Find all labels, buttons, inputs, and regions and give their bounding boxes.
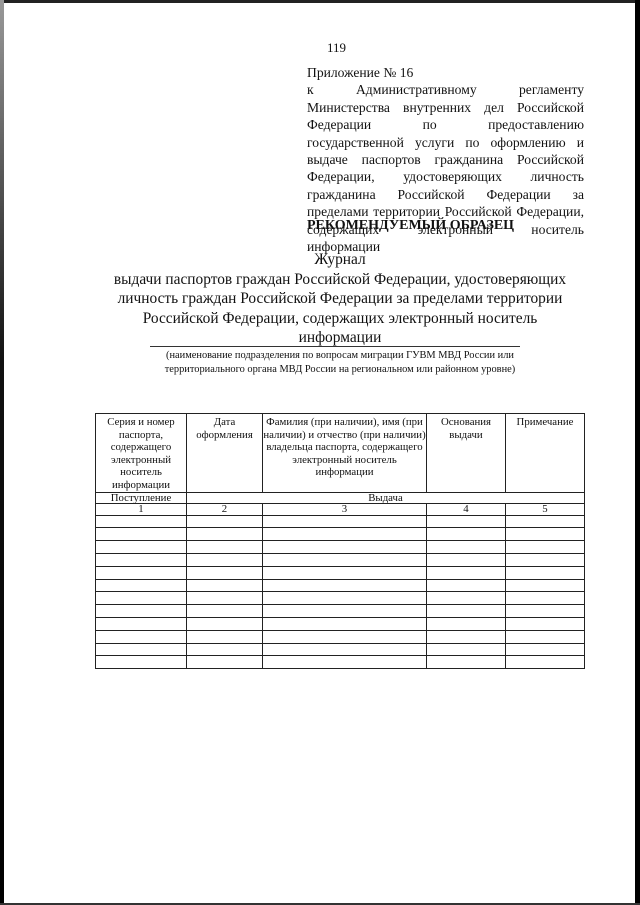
table-cell (263, 553, 427, 566)
table-cell (506, 656, 585, 669)
table-row (96, 630, 585, 643)
org-name-field-line (150, 346, 520, 347)
table-cell (427, 605, 506, 618)
table-cell (506, 605, 585, 618)
journal-title-line: выдачи паспортов граждан Российской Феде… (100, 270, 580, 290)
group-receipt: Поступление (96, 492, 187, 503)
table-cell (187, 630, 263, 643)
table-cell (263, 541, 427, 554)
table-row (96, 605, 585, 618)
table-cell (96, 617, 187, 630)
column-header-holder-name: Фамилия (при наличии), имя (при наличии)… (263, 414, 427, 493)
column-number: 3 (263, 503, 427, 515)
table-cell (506, 630, 585, 643)
table-cell (506, 528, 585, 541)
table-cell (506, 515, 585, 528)
table-row (96, 656, 585, 669)
table-cell (263, 528, 427, 541)
scan-edge-left (0, 0, 4, 905)
table-cell (506, 566, 585, 579)
table-cell (187, 656, 263, 669)
table-cell (96, 643, 187, 656)
table-cell (187, 541, 263, 554)
table-cell (263, 617, 427, 630)
table-cell (96, 515, 187, 528)
table-cell (187, 553, 263, 566)
table-cell (263, 643, 427, 656)
table-cell (427, 566, 506, 579)
table-cell (187, 605, 263, 618)
scan-edge-right (635, 0, 640, 905)
table-cell (506, 643, 585, 656)
table-cell (187, 579, 263, 592)
table-row (96, 643, 585, 656)
table-cell (427, 656, 506, 669)
table-cell (96, 579, 187, 592)
table-column-numbers-row: 1 2 3 4 5 (96, 503, 585, 515)
table-cell (263, 656, 427, 669)
column-number: 2 (187, 503, 263, 515)
table-group-row: Поступление Выдача (96, 492, 585, 503)
table-cell (427, 617, 506, 630)
table-cell (506, 579, 585, 592)
page-number: 119 (327, 40, 346, 56)
column-header-issuance-grounds: Основания выдачи (427, 414, 506, 493)
table-cell (263, 566, 427, 579)
table-cell (506, 592, 585, 605)
org-name-caption: (наименование подразделения по вопросам … (140, 349, 540, 377)
column-header-note: Примечание (506, 414, 585, 493)
table-cell (427, 643, 506, 656)
table-cell (187, 617, 263, 630)
table-cell (506, 541, 585, 554)
table-cell (96, 605, 187, 618)
table-row (96, 617, 585, 630)
table-row (96, 579, 585, 592)
table-cell (427, 553, 506, 566)
scan-edge-top (0, 0, 640, 3)
table-cell (187, 643, 263, 656)
column-number: 4 (427, 503, 506, 515)
journal-title-line: личность граждан Российской Федерации за… (100, 289, 580, 309)
table-header-row: Серия и номер паспорта, содержащего элек… (96, 414, 585, 493)
table-cell (427, 630, 506, 643)
column-number: 5 (506, 503, 585, 515)
table-cell (427, 592, 506, 605)
table-cell (427, 541, 506, 554)
table-cell (96, 528, 187, 541)
group-issuance: Выдача (187, 492, 585, 503)
table-cell (187, 515, 263, 528)
table-cell (96, 656, 187, 669)
table-cell (96, 592, 187, 605)
table-cell (263, 630, 427, 643)
table-cell (506, 553, 585, 566)
table-cell (427, 528, 506, 541)
table-row (96, 592, 585, 605)
appendix-title: Приложение № 16 (307, 64, 584, 81)
table-cell (263, 592, 427, 605)
column-header-passport-number: Серия и номер паспорта, содержащего элек… (96, 414, 187, 493)
table-cell (187, 528, 263, 541)
journal-title: Журнал выдачи паспортов граждан Российск… (100, 250, 580, 348)
table-cell (96, 566, 187, 579)
column-header-issue-date: Дата оформления (187, 414, 263, 493)
journal-title-line: Журнал (100, 250, 580, 270)
table-cell (263, 579, 427, 592)
table-cell (187, 566, 263, 579)
table-empty-rows (96, 515, 585, 669)
column-number: 1 (96, 503, 187, 515)
table-cell (96, 553, 187, 566)
table-row (96, 515, 585, 528)
table-cell (427, 515, 506, 528)
journal-table: Серия и номер паспорта, содержащего элек… (95, 413, 585, 669)
table-row (96, 553, 585, 566)
table-cell (96, 630, 187, 643)
table-row (96, 528, 585, 541)
recommended-sample-label: РЕКОМЕНДУЕМЫЙ ОБРАЗЕЦ (307, 218, 584, 234)
table-row (96, 566, 585, 579)
table-cell (427, 579, 506, 592)
journal-title-line: Российской Федерации, содержащих электро… (100, 309, 580, 348)
table-cell (506, 617, 585, 630)
table-row (96, 541, 585, 554)
table-cell (263, 605, 427, 618)
table-cell (187, 592, 263, 605)
table-cell (263, 515, 427, 528)
table-cell (96, 541, 187, 554)
